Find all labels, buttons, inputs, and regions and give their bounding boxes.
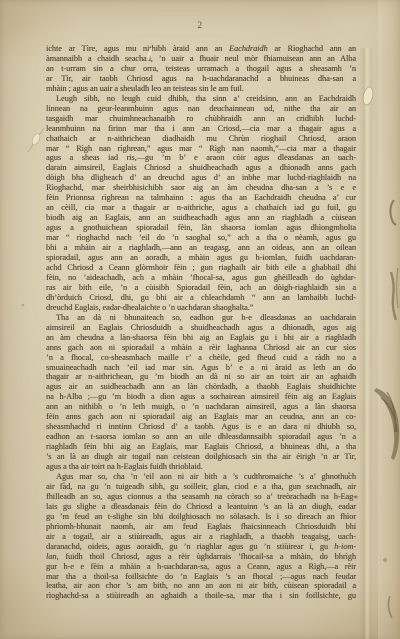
paragraph: Leugh sibh, no leugh cuid dhibh, tha sin… [46, 94, 356, 313]
body-text: ichte ar Tìre, agus mu nithibh àraid ann… [46, 44, 356, 601]
text-line: fèin, no ’aideachadh, ach a mhàin ’fhoca… [46, 273, 356, 283]
text-line: agus air an suidheachadh ann an làn chòr… [46, 382, 356, 392]
page-crease [359, 48, 373, 639]
paper-fleck [31, 132, 42, 146]
paragraph: ichte ar Tìre, agus mu nithibh àraid ann… [46, 44, 356, 94]
text-line: rìoghachd-sa a stiùireadh an aghaidh a t… [46, 591, 356, 601]
text-line: mar “ Rìgh nan rìghrean,” agus mar “ Rìg… [46, 144, 356, 154]
scanned-page: 2 ichte ar Tìre, agus mu nithibh àraid a… [0, 0, 400, 639]
text-line: mar “ rìoghachd nach ’eil do ’n saoghal … [46, 233, 356, 243]
ink-streak-mark [391, 272, 396, 320]
page-number: 2 [0, 21, 400, 31]
text-line: Tha an dà ni bhunaiteach so, eadhon gur … [46, 313, 356, 323]
text-line: phrìomh-bhunait naomh, air am feud Eagla… [46, 522, 356, 532]
scratch-mark [28, 128, 44, 152]
text-line: Rìoghachd, mar sheirbhisichibh saor aig … [46, 183, 356, 193]
text-line: mhàin ; agus an uair a sheuladh leo an t… [46, 84, 356, 94]
text-line: an t-urram sin a chur orra, teisteas urr… [46, 64, 356, 74]
text-line: aimsireil an Eaglais Chriosduidh a shuid… [46, 323, 356, 333]
page-edge-shading [378, 0, 400, 639]
text-line: achd Chriosd a Ceann glòrmhoir fèin ; gu… [46, 263, 356, 273]
text-line: bhi a mhàin air a riaghladh,—ann an teag… [46, 243, 356, 253]
paragraph: Agus mar so, cha ’n ’eil aon ni air bith… [46, 472, 356, 601]
text-line: anns gach aon ni spioradail a mhàin a rè… [46, 343, 356, 353]
text-line: dreuchd Eaglais, eadar-dhealaichte o ’n … [46, 303, 356, 313]
text-line: ichte ar Tìre, agus mu nithibh àraid ann… [46, 44, 356, 54]
text-line: fhilleadh an so, agus cionnus a tha seas… [46, 492, 356, 502]
text-line: eadhon an t-saorsa iomlan so ann an uile… [46, 432, 356, 442]
text-line: gur h-e e fèin a mhàin a h-uachdaran-sa,… [46, 562, 356, 572]
ink-streak-mark [397, 268, 399, 308]
text-line: dòigh bha dligheach d’ an dreuchd agus d… [46, 173, 356, 183]
text-line: agus a tha air toirt na h-Eaglais fuidh … [46, 462, 356, 472]
text-line: ’n a fhocal, co-sheasmhach maille r’ a c… [46, 353, 356, 363]
ink-frond-mark [381, 392, 397, 432]
ink-streak-mark [388, 596, 392, 618]
text-line: air fad, na gu ’n tuigeadh sibh, gu soil… [46, 482, 356, 492]
ink-speck [22, 304, 25, 307]
text-line: leatha, air aon chor ’s am bith, no ann … [46, 581, 356, 591]
ink-speck [383, 558, 387, 562]
text-line: leanmhuinn na fìrinn mar tha i ann an Cr… [46, 124, 356, 134]
text-line: fèin anns gach aon ni spioradail aig an … [46, 412, 356, 422]
text-line: na h-Alba ;—gu ’m biodh a dìon agus a so… [46, 392, 356, 402]
paragraph: Tha an dà ni bhunaiteach so, eadhon gur … [46, 313, 356, 472]
text-line: Agus mar so, cha ’n ’eil aon ni air bith… [46, 472, 356, 482]
text-line: thagair ar n-aithrichean, gu ’m biodh an… [46, 372, 356, 382]
text-line: fèin Prionnsa rìghrean na talmhainn : ag… [46, 193, 356, 203]
text-line: agus a sheas iad ris,—gu ’m b’ e araon c… [46, 153, 356, 163]
text-line: dh’òrduich Criosd, dhi, gu bhi air a chl… [46, 293, 356, 303]
text-line: lais gu slighe a dleasdanais fèin do Chr… [46, 502, 356, 512]
text-line: ar Tìr, air taobh Chriosd agus na h-uach… [46, 74, 356, 84]
text-line: chathaich ar n-aithrichean diadhaidh mu … [46, 134, 356, 144]
text-line: àmannaibh a chaidh seachad, ’n uair a fh… [46, 54, 356, 64]
text-line: spioradail, agus ann an aoradh, a mhàin … [46, 253, 356, 263]
paper-chip [362, 86, 375, 105]
text-line: tasgaidh mar chuimhneachanaibh ro chùbhr… [46, 114, 356, 124]
text-line: Leugh sibh, no leugh cuid dhibh, tha sin… [46, 94, 356, 104]
text-line: agus a gnothuichean spioradail fèin, làn… [46, 223, 356, 233]
text-line: daranachd, oideis, agus aoraidh, gu ’n r… [46, 542, 356, 552]
text-line: an cèill, cia mar a thagair ar n-aithric… [46, 203, 356, 213]
text-line: an àm cheudna a làn-shaorsa fèin bhi aig… [46, 333, 356, 343]
ink-frond-mark [374, 388, 399, 460]
text-line: gu ’m feud an t-slighe sin bhi doilghios… [46, 512, 356, 522]
text-line: riaghladh fèin bhi aig an Eaglais, mar E… [46, 442, 356, 452]
text-line: sheasmhachd ri inntinn Chriosd d’ a taob… [46, 422, 356, 432]
text-line: lan, fuidh thoil Chriosd, agus a rèir ùg… [46, 552, 356, 562]
text-line: darain aimsireil, Eaglais Chriosd a shui… [46, 163, 356, 173]
text-line: air a togail, air a stiùireadh, agus air… [46, 532, 356, 542]
ink-curl-mark [390, 200, 396, 225]
text-line: ras air bith eile, ’n a cùisibh Spiorada… [46, 283, 356, 293]
text-line: linnean na geur-leanmhuinn agus nan deuc… [46, 104, 356, 114]
text-line: biodh aig an Eaglais, ann an suidheachad… [46, 213, 356, 223]
text-line: smuaineachadh nach ’eil iad mar sin. Agu… [46, 363, 356, 373]
text-line: mar tha a thoil-sa foillsichte do ’n Eag… [46, 572, 356, 582]
text-line: ann an nithibh o ’n leth muigh, o ’n uac… [46, 402, 356, 412]
text-line: ’s an là an diugh air togail nan ceistea… [46, 452, 356, 462]
